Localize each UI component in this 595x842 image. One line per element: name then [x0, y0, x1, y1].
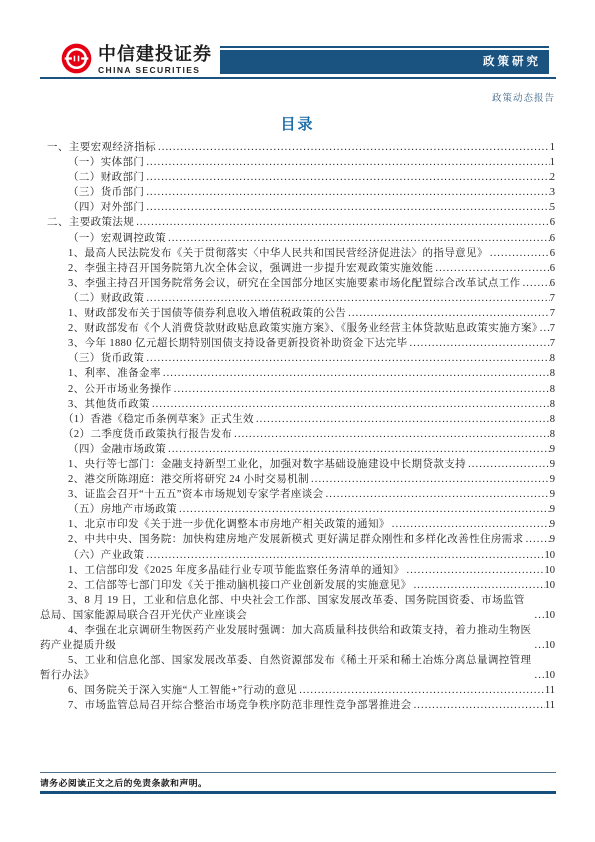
toc-entry[interactable]: （五）房地产市场政策 .............................…: [40, 502, 555, 517]
toc-leader-dots: ........................................…: [346, 306, 550, 321]
toc-entry[interactable]: 7、市场监管总局召开综合整治市场竞争秩序防范非理性竞争部署推进会 .......…: [40, 698, 555, 713]
toc-entry-text: 3、李强主持召开国务院常务会议，研究在全国部分地区实施要素市场化配置综合改革试点…: [40, 276, 521, 291]
citic-securities-logo-icon: [61, 43, 92, 74]
toc-title: 目录: [0, 113, 595, 134]
toc-entry[interactable]: 2、公开市场业务操作 .............................…: [40, 382, 555, 397]
toc-page-number: 2: [550, 170, 555, 185]
toc-leader-dots: ........................................…: [521, 276, 550, 291]
toc-leader-dots: ........................................…: [404, 563, 544, 578]
toc-leader-dots: ........................................…: [144, 200, 549, 215]
toc-entry-text: 4、李强在北京调研生物医药产业发展时强调：加大高质量科技供给和政策支持，着力推动…: [40, 623, 533, 653]
brand-name-en: CHINA SECURITIES: [98, 65, 212, 75]
toc-entry[interactable]: 3、证监会召开“十五五”资本市场规划专家学者座谈会 ..............…: [40, 487, 555, 502]
toc-entry-text: （三）货币政策: [40, 351, 144, 366]
toc-page-number: 9: [550, 517, 555, 532]
toc-leader-dots: ........................................…: [324, 487, 550, 502]
toc-page-number: 7: [550, 291, 555, 306]
toc-leader-dots: ........................................…: [134, 215, 550, 230]
toc-entry-text: 1、工信部印发《2025 年度多晶硅行业专项节能监察任务清单的通知》: [40, 563, 404, 578]
toc-entry-text: （三）货币部门: [40, 185, 144, 200]
banner-label: 政策研究: [483, 56, 541, 68]
toc-leader-dots: ........................................…: [144, 155, 549, 170]
toc-page-number: 7: [550, 306, 555, 321]
toc-page-number: 9: [550, 442, 555, 457]
toc-leader-dots: ........................................…: [156, 140, 550, 155]
toc-leader-dots: ........................................…: [309, 472, 550, 487]
toc-entry[interactable]: （2）二季度货币政策执行报告发布 .......................…: [40, 427, 555, 442]
toc-page-number: 11: [545, 683, 555, 698]
toc-entry-text: 1、北京市印发《关于进一步优化调整本市房地产相关政策的通知》: [40, 517, 390, 532]
toc-page-number: 8: [550, 412, 555, 427]
toc-entry-text: （一）宏观调控政策: [40, 231, 166, 246]
toc-entry-text: （1）香港《稳定币条例草案》正式生效: [40, 412, 254, 427]
brand: 中信建投证券 CHINA SECURITIES: [61, 43, 212, 75]
brand-name-cn: 中信建投证券: [98, 44, 212, 64]
toc-entry[interactable]: （三）货币政策 ................................…: [40, 351, 555, 366]
toc-page-number: 6: [550, 276, 555, 291]
toc-entry[interactable]: 1、最高人民法院发布《关于贯彻落实〈中华人民共和国民营经济促进法〉的指导意见》 …: [40, 246, 555, 261]
toc-entry[interactable]: 3、8 月 19 日，工业和信息化部、中央社会工作部、国家发展改革委、国务院国资…: [40, 593, 555, 623]
toc-list: 一、主要宏观经济指标 .............................…: [40, 140, 555, 714]
toc-entry[interactable]: （一）实体部门 ................................…: [40, 155, 555, 170]
toc-entry-text: 3、证监会召开“十五五”资本市场规划专家学者座谈会: [40, 487, 324, 502]
toc-page-number: 8: [550, 351, 555, 366]
header-divider-rule: [40, 77, 556, 79]
toc-entry-text: 1、财政部发布关于国债等债券利息收入增值税政策的公告: [40, 306, 346, 321]
toc-page-number: 8: [550, 382, 555, 397]
toc-entry[interactable]: （六）产业政策 ................................…: [40, 548, 555, 563]
toc-entry[interactable]: （三）货币部门 ................................…: [40, 185, 555, 200]
footer-bottom-bar: [40, 791, 556, 794]
toc-leader-dots: ........................................…: [144, 170, 549, 185]
toc-entry-text: 2、工信部等七部门印发《关于推动脑机接口产业创新发展的实施意见》: [40, 578, 412, 593]
toc-page-number: 11: [545, 698, 555, 713]
toc-page-number: 9: [550, 487, 555, 502]
toc-leader-dots: ........................................…: [144, 351, 549, 366]
toc-page-number: 10: [545, 668, 556, 683]
toc-entry-text: 2、李强主持召开国务院第九次全体会议，强调进一步提升宏观政策实施效能: [40, 261, 433, 276]
toc-entry-text: 1、最高人民法院发布《关于贯彻落实〈中华人民共和国民营经济促进法〉的指导意见》: [40, 246, 488, 261]
report-type-label: 政策动态报告: [492, 90, 555, 104]
toc-leader-dots: ........................................…: [166, 442, 550, 457]
toc-entry-text: 3、其他货币政策: [40, 397, 150, 412]
toc-leader-dots: ........................................…: [538, 321, 550, 336]
toc-entry[interactable]: 1、北京市印发《关于进一步优化调整本市房地产相关政策的通知》 .........…: [40, 517, 555, 532]
research-category-banner: 政策研究: [220, 50, 549, 74]
toc-entry-text: （二）财政政策: [40, 291, 144, 306]
page-footer: 请务必阅读正文之后的免责条款和声明。: [40, 772, 556, 794]
toc-page-number: 10: [545, 608, 556, 623]
toc-leader-dots: ........................................…: [161, 366, 550, 381]
toc-page-number: 9: [550, 532, 555, 547]
toc-page-number: 5: [550, 200, 555, 215]
toc-page-number: 7: [550, 321, 555, 336]
toc-entry[interactable]: （二）财政部门 ................................…: [40, 170, 555, 185]
toc-page-number: 6: [550, 231, 555, 246]
toc-entry-text: 3、8 月 19 日，工业和信息化部、中央社会工作部、国家发展改革委、国务院国资…: [40, 593, 533, 623]
toc-entry-text: （一）实体部门: [40, 155, 144, 170]
toc-leader-dots: ........................................…: [533, 608, 545, 623]
toc-leader-dots: ........................................…: [166, 231, 550, 246]
toc-page-number: 10: [545, 548, 556, 563]
toc-page-number: 8: [550, 397, 555, 412]
toc-leader-dots: ........................................…: [254, 412, 550, 427]
toc-entry[interactable]: 2、港交所陈翊庭：港交所将研究 24 小时交易机制 ..............…: [40, 472, 555, 487]
toc-entry-text: （二）财政部门: [40, 170, 144, 185]
toc-entry-text: 7、市场监管总局召开综合整治市场竞争秩序防范非理性竞争部署推进会: [40, 698, 412, 713]
toc-leader-dots: ........................................…: [390, 517, 550, 532]
toc-leader-dots: ........................................…: [533, 668, 545, 683]
toc-leader-dots: ........................................…: [524, 532, 550, 547]
toc-page-number: 1: [550, 155, 555, 170]
toc-entry-text: 3、今年 1880 亿元超长期特别国债支持设备更新投资补助资金下达完毕: [40, 336, 408, 351]
toc-leader-dots: ........................................…: [533, 638, 545, 653]
toc-entry[interactable]: 一、主要宏观经济指标 .............................…: [40, 140, 555, 155]
toc-leader-dots: ........................................…: [172, 382, 550, 397]
brand-text: 中信建投证券 CHINA SECURITIES: [98, 43, 212, 75]
toc-leader-dots: ........................................…: [144, 291, 549, 306]
toc-entry-text: （2）二季度货币政策执行报告发布: [40, 427, 232, 442]
toc-entry[interactable]: 3、其他货币政策 ...............................…: [40, 397, 555, 412]
toc-entry-text: 5、工业和信息化部、国家发展改革委、自然资源部发布《稀土开采和稀土冶炼分离总量调…: [40, 653, 533, 683]
toc-entry-text: 2、公开市场业务操作: [40, 382, 172, 397]
toc-entry[interactable]: （四）对外部门 ................................…: [40, 200, 555, 215]
toc-entry[interactable]: 5、工业和信息化部、国家发展改革委、自然资源部发布《稀土开采和稀土冶炼分离总量调…: [40, 653, 555, 683]
toc-page-number: 9: [550, 472, 555, 487]
toc-page-number: 9: [550, 457, 555, 472]
toc-leader-dots: ........................................…: [150, 397, 550, 412]
toc-entry[interactable]: 3、李强主持召开国务院常务会议，研究在全国部分地区实施要素市场化配置综合改革试点…: [40, 276, 555, 291]
toc-entry[interactable]: 1、工信部印发《2025 年度多晶硅行业专项节能监察任务清单的通知》 .....…: [40, 563, 555, 578]
toc-page-number: 10: [545, 638, 556, 653]
toc-page-number: 7: [550, 336, 555, 351]
disclaimer-text: 请务必阅读正文之后的免责条款和声明。: [40, 773, 556, 789]
toc-page-number: 10: [545, 563, 556, 578]
toc-entry[interactable]: 6、国务院关于深入实施“人工智能+”行动的意见 ................…: [40, 683, 555, 698]
toc-leader-dots: ........................................…: [412, 698, 545, 713]
toc-entry[interactable]: 2、财政部发布《个人消费贷款财政贴息政策实施方案》、《服务业经营主体贷款贴息政策…: [40, 321, 555, 336]
toc-leader-dots: ........................................…: [433, 261, 549, 276]
toc-page-number: 1: [550, 140, 555, 155]
toc-leader-dots: ........................................…: [144, 548, 544, 563]
toc-entry[interactable]: 二、主要政策法规 ...............................…: [40, 215, 555, 230]
toc-entry[interactable]: 2、工信部等七部门印发《关于推动脑机接口产业创新发展的实施意见》 .......…: [40, 578, 555, 593]
toc-page-number: 6: [550, 261, 555, 276]
toc-entry-text: 一、主要宏观经济指标: [40, 140, 156, 155]
toc-entry-text: （五）房地产市场政策: [40, 502, 177, 517]
toc-leader-dots: ........................................…: [408, 336, 550, 351]
toc-entry[interactable]: （1）香港《稳定币条例草案》正式生效 .....................…: [40, 412, 555, 427]
banner-top-line: [220, 46, 549, 48]
toc-entry[interactable]: 4、李强在北京调研生物医药产业发展时强调：加大高质量科技供给和政策支持，着力推动…: [40, 623, 555, 653]
toc-leader-dots: ........................................…: [297, 683, 545, 698]
toc-entry[interactable]: 1、央行等七部门：金融支持新型工业化，加强对数字基础设施建设中长期贷款支持 ..…: [40, 457, 555, 472]
toc-leader-dots: ........................................…: [177, 502, 550, 517]
toc-page-number: 10: [545, 578, 556, 593]
toc-entry[interactable]: 1、利率、准备金率 ..............................…: [40, 366, 555, 381]
toc-leader-dots: ........................................…: [466, 457, 550, 472]
toc-page-number: 6: [550, 246, 555, 261]
toc-leader-dots: ........................................…: [412, 578, 545, 593]
toc-entry-text: 2、港交所陈翊庭：港交所将研究 24 小时交易机制: [40, 472, 309, 487]
toc-entry[interactable]: 3、今年 1880 亿元超长期特别国债支持设备更新投资补助资金下达完毕 ....…: [40, 336, 555, 351]
toc-entry-text: 二、主要政策法规: [40, 215, 134, 230]
toc-page-number: 9: [550, 502, 555, 517]
toc-entry-text: （四）对外部门: [40, 200, 144, 215]
toc-entry[interactable]: 1、财政部发布关于国债等债券利息收入增值税政策的公告 .............…: [40, 306, 555, 321]
report-page: 中信建投证券 CHINA SECURITIES 政策研究 政策动态报告 目录 一…: [0, 0, 595, 842]
toc-leader-dots: ........................................…: [488, 246, 550, 261]
toc-entry[interactable]: （四）金融市场政策 ..............................…: [40, 442, 555, 457]
toc-page-number: 6: [550, 215, 555, 230]
toc-entry-text: 2、中共中央、国务院：加快构建房地产发展新模式 更好满足群众刚性和多样化改善性住…: [40, 532, 524, 547]
toc-entry[interactable]: （二）财政政策 ................................…: [40, 291, 555, 306]
toc-entry[interactable]: （一）宏观调控政策 ..............................…: [40, 231, 555, 246]
toc-entry-text: （六）产业政策: [40, 548, 144, 563]
toc-leader-dots: ........................................…: [232, 427, 550, 442]
toc-entry[interactable]: 2、中共中央、国务院：加快构建房地产发展新模式 更好满足群众刚性和多样化改善性住…: [40, 532, 555, 547]
toc-entry-text: （四）金融市场政策: [40, 442, 166, 457]
toc-entry[interactable]: 2、李强主持召开国务院第九次全体会议，强调进一步提升宏观政策实施效能 .....…: [40, 261, 555, 276]
toc-page-number: 8: [550, 427, 555, 442]
toc-page-number: 8: [550, 366, 555, 381]
toc-leader-dots: ........................................…: [144, 185, 549, 200]
toc-page-number: 3: [550, 185, 555, 200]
toc-entry-text: 1、利率、准备金率: [40, 366, 161, 381]
toc-entry-text: 1、央行等七部门：金融支持新型工业化，加强对数字基础设施建设中长期贷款支持: [40, 457, 466, 472]
toc-entry-text: 6、国务院关于深入实施“人工智能+”行动的意见: [40, 683, 297, 698]
toc-entry-text: 2、财政部发布《个人消费贷款财政贴息政策实施方案》、《服务业经营主体贷款贴息政策…: [40, 321, 538, 336]
